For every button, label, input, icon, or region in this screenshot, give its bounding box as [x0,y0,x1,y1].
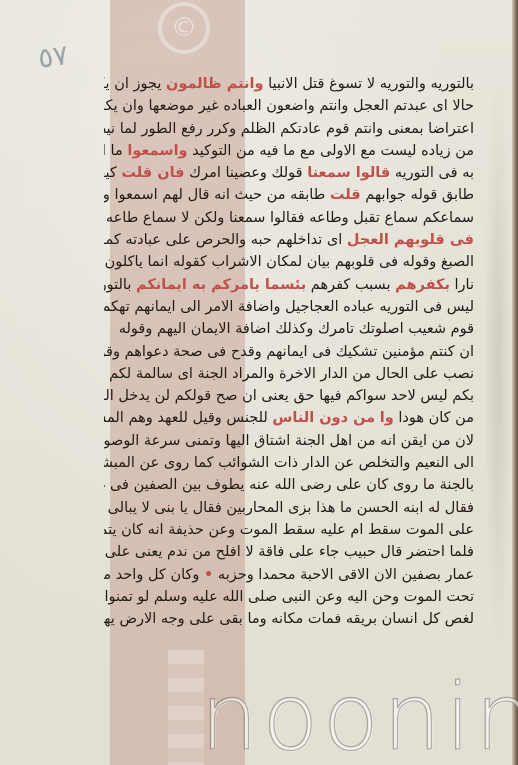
manuscript-page: © ٥٧ بالتوريه والتوريه لا تسوغ قتل الانب… [0,0,518,765]
rubric-dot: • [204,567,213,583]
text-line: نصب على الحال من الدار الاخرة والمراد ال… [104,363,474,385]
text-line: لغص كل انسان بريقه فمات مكانه وما بقى عل… [104,608,474,630]
rubric-text: فى قلوبهم العجل [347,232,474,248]
watermark-pattern [168,650,204,765]
text-line: ان كنتم مؤمنين تشكيك فى ايمانهم وقدح فى … [104,341,474,363]
text-line: حالا اى عبدتم العجل وانتم واضعون العباده… [104,95,474,117]
text-line: سماعكم سماع تقبل وطاعه فقالوا سمعنا ولكن… [104,207,474,229]
rubric-text: وانتم ظالمون [166,76,264,92]
rubric-text: بكفرهم [395,277,450,293]
text-line: تحت الموت وحن اليه وعن النبى صلى الله عل… [104,586,474,608]
manuscript-text: بالتوريه والتوريه لا تسوغ قتل الانبيا وا… [104,73,474,630]
text-line: فى قلوبهم العجل اى تداخلهم حبه والحرص عل… [104,229,474,251]
rubric-text: قلت [330,187,361,203]
text-line: بالتوريه والتوريه لا تسوغ قتل الانبيا وا… [104,73,474,95]
folio-number: ٥٧ [36,38,70,75]
text-line: اعتراضا بمعنى وانتم قوم عادتكم الظلم وكر… [104,118,474,140]
rubric-text: من دون الناس [272,410,375,426]
rubric-text: واسمعوا [127,143,187,159]
text-line: عمار بصفين الان الاقى الاحبة محمدا وحزبه… [104,564,474,586]
text-line: على الموت سقط ام عليه سقط الموت وعن حذيف… [104,519,474,541]
rubric-text: بئسما يامركم به ايمانكم [136,277,306,293]
text-line: ليس فى التوريه عباده العجاجيل واضافة الا… [104,296,474,318]
site-watermark: noonin [200,672,518,764]
text-line: الى النعيم والتخلص عن الدار ذات الشوائب … [104,452,474,474]
text-line: بكم ليس لاحد سواكم فيها حق يعنى ان صح قو… [104,385,474,407]
text-line: نارا بكفرهم بسبب كفرهم بئسما يامركم به ا… [104,274,474,296]
page-stain [484,60,512,660]
text-line: قوم شعيب اصلوتك تامرك وكذلك اضافة الايما… [104,318,474,340]
page-edge [512,0,518,765]
text-line: الصبغ وقوله فى قلوبهم بيان لمكان الاشراب… [104,251,474,273]
text-line: فلما احتضر قال حبيب جاء على فاقة لا افلح… [104,541,474,563]
rubric-text: قالوا سمعنا [307,165,390,181]
text-line: بالجنة ما روى كان على رضى الله عنه يطوف … [104,474,474,496]
text-line: لان من ايقن انه من اهل الجنة اشتاق اليها… [104,430,474,452]
text-line: طابق قوله جوابهم قلت طابقه من حيث انه قا… [104,184,474,206]
text-line: من كان هودا وا من دون الناس للجنس وقيل ل… [104,407,474,429]
text-line: من زياده ليست مع الاولى مع ما فيه من الت… [104,140,474,162]
text-line: فقال له ابنه الحسن ما هذا بزى المحاربين … [104,497,474,519]
rubric-text: فان قلت [121,165,184,181]
copyright-icon: © [158,2,210,54]
text-line: به فى التوريه قالوا سمعنا قولك وعصينا ام… [104,162,474,184]
rubric-text: وا [380,410,394,426]
